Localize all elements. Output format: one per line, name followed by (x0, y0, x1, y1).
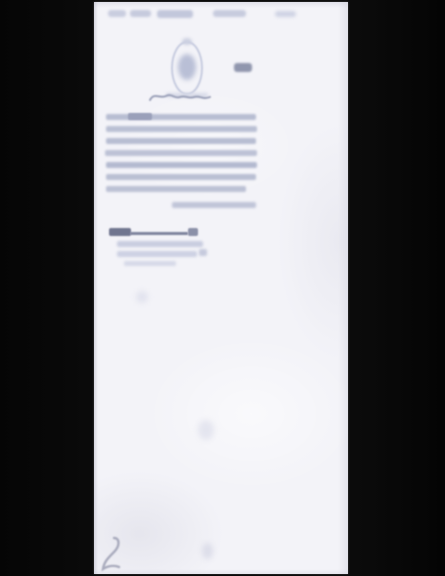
header-field-1 (108, 10, 126, 17)
paragraph-line-5 (106, 162, 257, 168)
address-line-2 (117, 251, 197, 257)
signature-rule (130, 232, 188, 235)
closing-line-centered (172, 202, 256, 208)
faint-smudge-bottom (202, 543, 213, 559)
faint-smudge-middle (198, 420, 214, 440)
paragraph-line-6 (106, 174, 256, 180)
paragraph-line-7 (106, 186, 246, 192)
emblem-figure (178, 54, 196, 80)
signature-name-end (188, 228, 198, 236)
paragraph-line-3 (106, 138, 256, 144)
header-field-5 (275, 11, 296, 17)
emblem-crest (182, 38, 192, 45)
header-field-3 (157, 10, 193, 18)
paragraph-opening-word (128, 113, 152, 120)
signature-name-start (109, 228, 131, 236)
pencil-mark-bottom-left (98, 536, 124, 574)
address-line-3 (124, 261, 176, 266)
header-field-4 (213, 10, 246, 17)
faint-smudge-upper (136, 291, 148, 303)
document-page (94, 2, 348, 574)
header-field-2 (130, 10, 151, 17)
paragraph-line-2 (106, 126, 257, 132)
address-end-mark (199, 249, 207, 256)
script-heading (148, 90, 212, 102)
reference-number-mark (234, 63, 252, 72)
address-line-1 (117, 241, 203, 247)
paragraph-line-4 (105, 150, 257, 156)
